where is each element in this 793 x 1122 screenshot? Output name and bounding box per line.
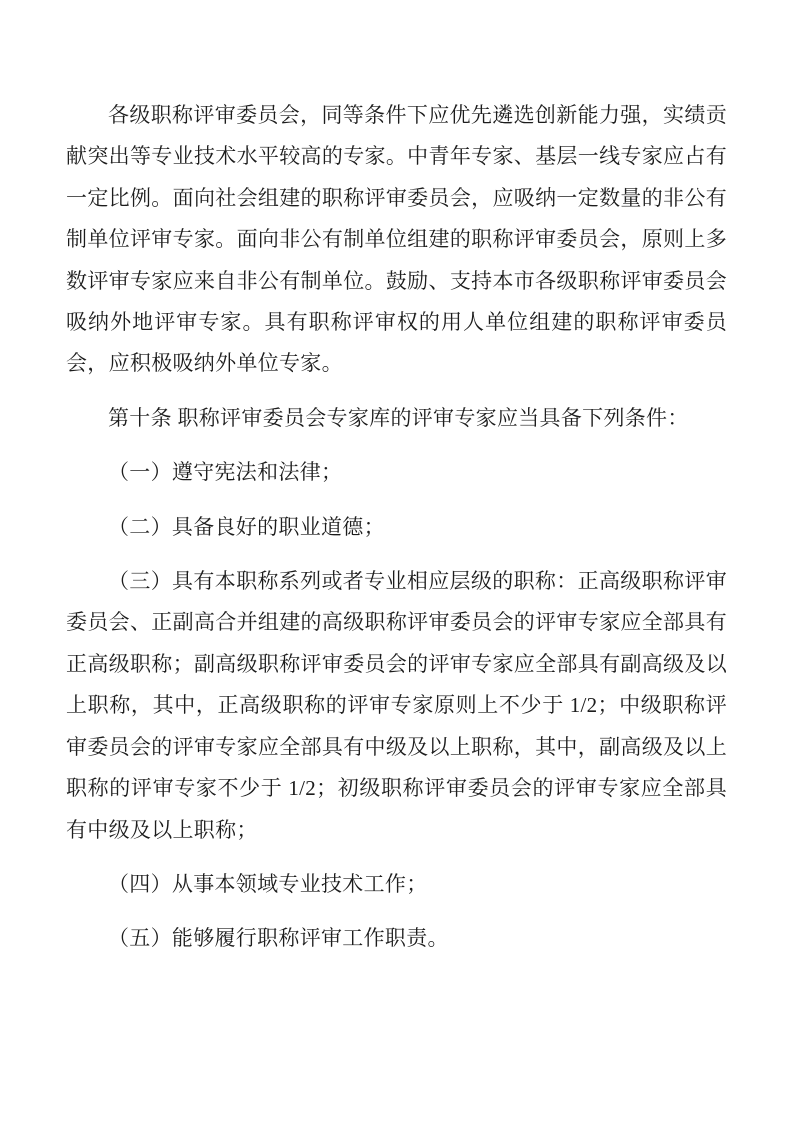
body-paragraph-committee-selection: 各级职称评审委员会，同等条件下应优先遴选创新能力强，实绩贡献突出等专业技术水平较… [66,95,727,385]
condition-item-3: （三）具有本职称系列或者专业相应层级的职称：正高级职称评审委员会、正副高合并组建… [66,561,727,851]
condition-item-2: （二）具备良好的职业道德； [66,507,727,548]
condition-item-1: （一）遵守宪法和法律； [66,452,727,493]
condition-item-4: （四）从事本领域专业技术工作； [66,864,727,905]
document-page: 各级职称评审委员会，同等条件下应优先遴选创新能力强，实绩贡献突出等专业技术水平较… [0,0,793,1122]
article-10-heading: 第十条 职称评审委员会专家库的评审专家应当具备下列条件： [66,398,727,439]
condition-item-5: （五）能够履行职称评审工作职责。 [66,918,727,959]
